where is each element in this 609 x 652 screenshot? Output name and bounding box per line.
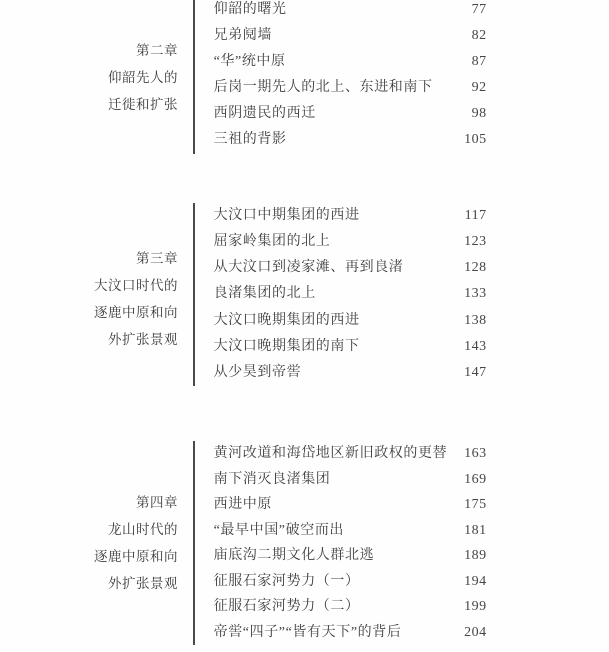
entry-title: 兄弟阋墙 bbox=[214, 23, 272, 49]
entry-title: 三祖的背影 bbox=[214, 127, 287, 153]
entry-page-number: 82 bbox=[472, 23, 487, 49]
chapter-title-line: 逐鹿中原和向 bbox=[94, 543, 178, 570]
toc-entry: “最早中国”破空而出 181 bbox=[214, 518, 487, 544]
chapter-title-line: 迁徙和扩张 bbox=[108, 91, 178, 118]
toc-entry: 帝喾“四子”“皆有天下”的背后 204 bbox=[214, 620, 487, 646]
toc-section-chapter-4: 第四章 龙山时代的 逐鹿中原和向 外扩张景观 黄河改道和海岱地区新旧政权的更替 … bbox=[0, 441, 487, 645]
chapter-title-line: 龙山时代的 bbox=[108, 516, 178, 543]
toc-section-chapter-2: 第二章 仰韶先人的 迁徙和扩张 仰韶的曙光 77 兄弟阋墙 82 “华”统中原 … bbox=[0, 0, 487, 154]
toc-entry: 黄河改道和海岱地区新旧政权的更替 163 bbox=[214, 441, 487, 467]
chapter-title-line: 外扩张景观 bbox=[108, 570, 178, 597]
entry-page-number: 92 bbox=[472, 75, 487, 101]
toc-entry: 三祖的背影 105 bbox=[214, 127, 487, 153]
chapter-title-line: 大汶口时代的 bbox=[94, 272, 178, 299]
entry-page-number: 163 bbox=[464, 441, 487, 467]
entry-page-number: 199 bbox=[464, 594, 487, 620]
entry-page-number: 138 bbox=[464, 308, 487, 334]
entry-title: 南下消灭良渚集团 bbox=[214, 467, 331, 493]
chapter-label-chapter-3: 第三章 大汶口时代的 逐鹿中原和向 外扩张景观 bbox=[0, 203, 193, 386]
entry-page-number: 98 bbox=[472, 101, 487, 127]
toc-entry: 庙底沟二期文化人群北逃 189 bbox=[214, 543, 487, 569]
entry-title: 大汶口晚期集团的南下 bbox=[214, 334, 360, 360]
entry-title: 西进中原 bbox=[214, 492, 272, 518]
entry-page-number: 123 bbox=[464, 229, 487, 255]
entry-title: 征服石家河势力（一） bbox=[214, 569, 360, 595]
toc-entry: 大汶口晚期集团的南下 143 bbox=[214, 334, 487, 360]
toc-entry: 征服石家河势力（一） 194 bbox=[214, 569, 487, 595]
chapter-label-chapter-4: 第四章 龙山时代的 逐鹿中原和向 外扩张景观 bbox=[0, 441, 193, 645]
toc-entry: 从少昊到帝喾 147 bbox=[214, 360, 487, 386]
entry-page-number: 175 bbox=[464, 492, 487, 518]
entry-page-number: 128 bbox=[464, 255, 487, 281]
toc-section-chapter-3: 第三章 大汶口时代的 逐鹿中原和向 外扩张景观 大汶口中期集团的西进 117 屈… bbox=[0, 203, 487, 386]
entry-page-number: 105 bbox=[464, 127, 487, 153]
chapter-title-line: 逐鹿中原和向 bbox=[94, 299, 178, 326]
toc-entry: 西进中原 175 bbox=[214, 492, 487, 518]
entry-page-number: 117 bbox=[465, 203, 487, 229]
toc-entry: 屈家岭集团的北上 123 bbox=[214, 229, 487, 255]
entries-list: 黄河改道和海岱地区新旧政权的更替 163 南下消灭良渚集团 169 西进中原 1… bbox=[195, 441, 487, 645]
toc-entry: 兄弟阋墙 82 bbox=[214, 23, 487, 49]
entry-title: 帝喾“四子”“皆有天下”的背后 bbox=[214, 620, 402, 646]
chapter-number: 第三章 bbox=[136, 245, 178, 272]
entry-page-number: 169 bbox=[464, 467, 487, 493]
toc-entry: 从大汶口到凌家滩、再到良渚 128 bbox=[214, 255, 487, 281]
entry-page-number: 133 bbox=[464, 281, 487, 307]
entry-title: 良渚集团的北上 bbox=[214, 281, 316, 307]
toc-entry: 征服石家河势力（二） 199 bbox=[214, 594, 487, 620]
toc-entry: 南下消灭良渚集团 169 bbox=[214, 467, 487, 493]
entry-page-number: 189 bbox=[464, 543, 487, 569]
book-toc-page: 第二章 仰韶先人的 迁徙和扩张 仰韶的曙光 77 兄弟阋墙 82 “华”统中原 … bbox=[0, 0, 609, 652]
toc-entry: 后岗一期先人的北上、东进和南下 92 bbox=[214, 75, 487, 101]
entries-list: 大汶口中期集团的西进 117 屈家岭集团的北上 123 从大汶口到凌家滩、再到良… bbox=[195, 203, 487, 386]
toc-entry: 仰韶的曙光 77 bbox=[214, 0, 487, 23]
entry-page-number: 77 bbox=[472, 0, 487, 23]
entry-page-number: 204 bbox=[464, 620, 487, 646]
entry-title: 西阴遗民的西迁 bbox=[214, 101, 316, 127]
entry-title: “华”统中原 bbox=[214, 49, 286, 75]
entry-page-number: 181 bbox=[464, 518, 487, 544]
toc-entry: 大汶口晚期集团的西进 138 bbox=[214, 308, 487, 334]
entry-title: 黄河改道和海岱地区新旧政权的更替 bbox=[214, 441, 448, 467]
entry-title: “最早中国”破空而出 bbox=[214, 518, 344, 544]
entries-list: 仰韶的曙光 77 兄弟阋墙 82 “华”统中原 87 后岗一期先人的北上、东进和… bbox=[195, 0, 487, 154]
chapter-title-line: 外扩张景观 bbox=[108, 326, 178, 353]
toc-entry: 良渚集团的北上 133 bbox=[214, 281, 487, 307]
toc-entry: 西阴遗民的西迁 98 bbox=[214, 101, 487, 127]
entry-title: 从大汶口到凌家滩、再到良渚 bbox=[214, 255, 404, 281]
toc-entry: 大汶口中期集团的西进 117 bbox=[214, 203, 487, 229]
chapter-title-line: 仰韶先人的 bbox=[108, 64, 178, 91]
chapter-label-chapter-2: 第二章 仰韶先人的 迁徙和扩张 bbox=[0, 0, 193, 154]
entry-page-number: 143 bbox=[464, 334, 487, 360]
entry-title: 仰韶的曙光 bbox=[214, 0, 287, 23]
entry-title: 征服石家河势力（二） bbox=[214, 594, 360, 620]
entry-title: 从少昊到帝喾 bbox=[214, 360, 302, 386]
chapter-number: 第四章 bbox=[136, 489, 178, 516]
entry-page-number: 194 bbox=[464, 569, 487, 595]
entry-title: 屈家岭集团的北上 bbox=[214, 229, 331, 255]
chapter-number: 第二章 bbox=[136, 37, 178, 64]
toc-entry: “华”统中原 87 bbox=[214, 49, 487, 75]
entry-page-number: 147 bbox=[464, 360, 487, 386]
entry-page-number: 87 bbox=[472, 49, 487, 75]
entry-title: 大汶口晚期集团的西进 bbox=[214, 308, 360, 334]
entry-title: 后岗一期先人的北上、东进和南下 bbox=[214, 75, 433, 101]
entry-title: 庙底沟二期文化人群北逃 bbox=[214, 543, 375, 569]
entry-title: 大汶口中期集团的西进 bbox=[214, 203, 360, 229]
